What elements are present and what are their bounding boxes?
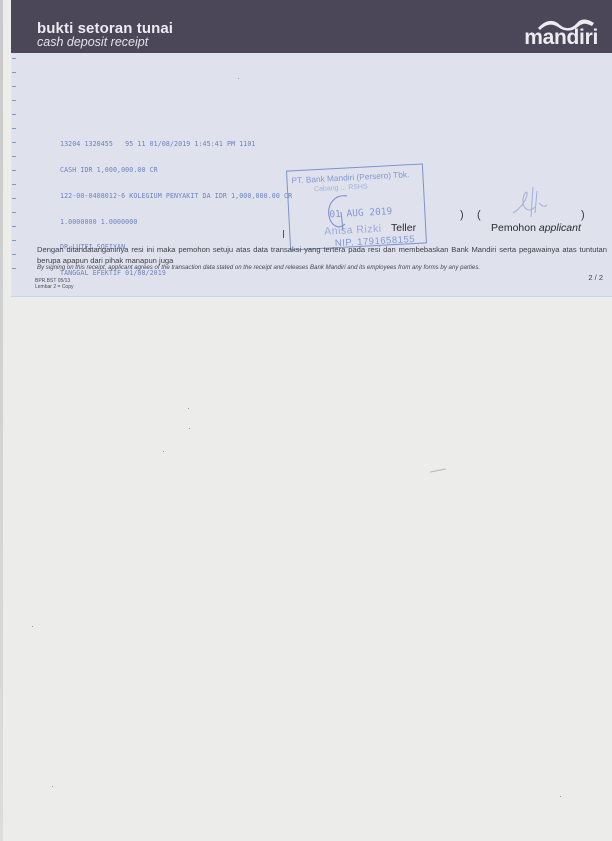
scan-speck bbox=[238, 78, 239, 79]
validation-line: 13204 1320455 95 11 01/08/2019 1:45:41 P… bbox=[60, 140, 292, 149]
applicant-signature-icon bbox=[509, 183, 549, 223]
consent-statement-en: By signing on this receipt, applicant ag… bbox=[37, 264, 480, 271]
applicant-close-paren: ) bbox=[581, 209, 585, 221]
receipt-header: bukti setoran tunai cash deposit receipt… bbox=[11, 0, 612, 53]
validation-line: CASH IDR 1,000,000.00 CR bbox=[60, 166, 292, 175]
tick-mark bbox=[283, 230, 284, 238]
scan-speck bbox=[188, 408, 189, 409]
teller-label: Teller bbox=[391, 222, 416, 234]
mandiri-logo: mandiri bbox=[524, 26, 598, 50]
consent-statement-id: Dengan ditandatanganinya resi ini maka p… bbox=[37, 244, 607, 266]
scan-speck bbox=[189, 428, 190, 429]
page-number: 2 / 2 bbox=[588, 273, 603, 282]
receipt-subtitle: cash deposit receipt bbox=[37, 35, 148, 49]
scan-speck bbox=[163, 451, 164, 452]
scan-mark bbox=[430, 468, 446, 472]
scan-speck bbox=[32, 626, 33, 627]
scan-speck bbox=[52, 786, 53, 787]
scan-edge bbox=[0, 0, 3, 841]
teller-signature-icon bbox=[321, 190, 361, 240]
cash-deposit-receipt: bukti setoran tunai cash deposit receipt… bbox=[11, 0, 612, 297]
scan-speck bbox=[560, 796, 561, 797]
validation-line: 1.0000000 1.0000000 bbox=[60, 218, 292, 227]
form-code: BPR.BST 05/13 Lembar 2 = Copy bbox=[35, 278, 74, 290]
perforation-marks bbox=[11, 58, 17, 288]
teller-close-paren: ) bbox=[460, 209, 464, 221]
applicant-open-paren: ( bbox=[477, 209, 481, 221]
applicant-label: Pemohon applicant bbox=[491, 222, 581, 234]
validation-line: 122-00-0408012-6 KOLEGIUM PENYAKIT DA ID… bbox=[60, 192, 292, 201]
stamp-bank-name: PT. Bank Mandiri (Persero) Tbk. bbox=[291, 169, 409, 185]
